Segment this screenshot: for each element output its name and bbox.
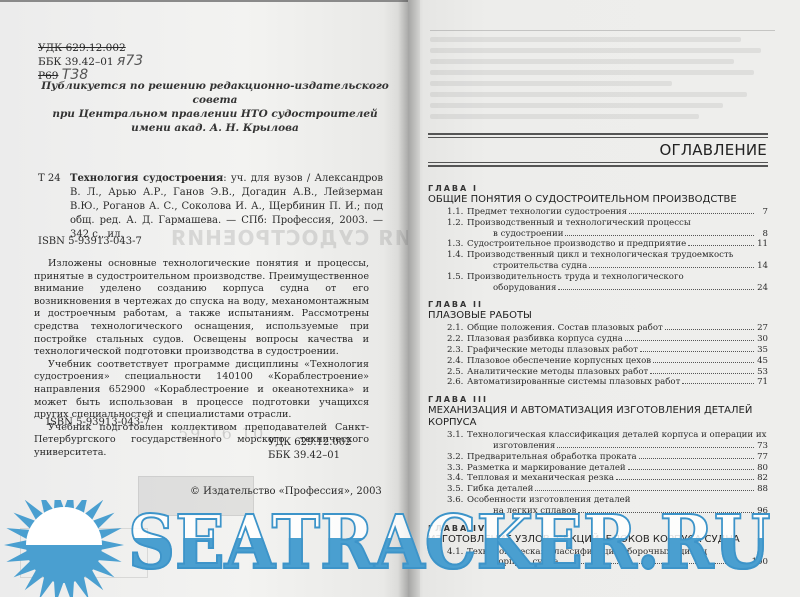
toc-chapter: ГЛАВА IIIМЕХАНИЗАЦИЯ И АВТОМАТИЗАЦИЯ ИЗГ… (428, 395, 768, 516)
toc-entry[interactable]: 2.3.Графические методы плазовых работ35 (428, 345, 768, 356)
toc-entry[interactable]: 1.3.Судостроительное производство и пред… (428, 239, 768, 250)
section-title: Разметка и маркирование деталей (467, 463, 626, 474)
chapter-title: МЕХАНИЗАЦИЯ И АВТОМАТИЗАЦИЯ ИЗГОТОВЛЕНИЯ… (428, 405, 768, 429)
chapter-label: ГЛАВА II (428, 300, 768, 310)
section-number: 1.1. (447, 207, 467, 218)
chapter-label: ГЛАВА III (428, 395, 768, 405)
section-title: Автоматизированные системы плазовых рабо… (467, 377, 680, 388)
section-number: 4.1. (447, 547, 467, 569)
toc-entry[interactable]: 3.4.Тепловая и механическая резка82 (428, 473, 768, 484)
book-spread: УДК 629.12.002 ББК 39.42–01 я73 Р69 Т38 … (0, 0, 800, 597)
section-title: оборудования (467, 283, 556, 294)
leader-dots (653, 362, 754, 363)
leader-dots (535, 490, 754, 491)
toc-entry[interactable]: 3.1.Технологическая классификация детале… (428, 430, 768, 452)
page-number: 24 (756, 283, 768, 294)
section-title: Плазовая разбивка корпуса судна (467, 334, 623, 345)
section-title: изготовления (467, 441, 555, 452)
leader-dots (565, 235, 754, 236)
leader-dots (650, 373, 754, 374)
section-number: 3.1. (447, 430, 467, 452)
toc-chapter: ГЛАВА IVИЗГОТОВЛЕНИЕ УЗЛОВ, СЕКЦИЙ, БЛОК… (428, 524, 768, 569)
toc-entry[interactable]: 2.6.Автоматизированные системы плазовых … (428, 377, 768, 388)
toc-chapter: ГЛАВА IIПЛАЗОВЫЕ РАБОТЫ2.1.Общие положен… (428, 300, 768, 388)
toc-entry[interactable]: 3.2.Предварительная обработка проката77 (428, 452, 768, 463)
page-number: 73 (756, 441, 768, 452)
toc-entry[interactable]: 2.5.Аналитические методы плазовых работ5… (428, 367, 768, 378)
section-number: 3.3. (447, 463, 467, 474)
toc-entry[interactable]: 4.1.Технологическая классификация сбороч… (428, 547, 768, 569)
leader-dots (558, 289, 754, 290)
heading-rule-top-thin (428, 137, 768, 138)
section-title: Судостроительное производство и предприя… (467, 239, 686, 250)
page-number: 53 (756, 367, 768, 378)
section-title: на легких сплавов (467, 506, 576, 517)
heading-rule-bottom-thin (428, 162, 768, 163)
section-title: в судостроении (467, 229, 563, 240)
toc-entry[interactable]: 1.5.Производительность труда и технологи… (428, 272, 768, 294)
catalog-code: Т 24 (38, 172, 61, 186)
page-number: 77 (756, 452, 768, 463)
toc-entry[interactable]: 3.3.Разметка и маркирование деталей80 (428, 463, 768, 474)
section-title: Общие положения. Состав плазовых работ (467, 323, 663, 334)
page-number: 14 (756, 261, 768, 272)
section-number: 2.1. (447, 323, 467, 334)
isbn-top: ISBN 5-93913-043-7 (38, 236, 142, 247)
section-title: Аналитические методы плазовых работ (467, 367, 648, 378)
section-number: 1.4. (447, 250, 467, 272)
page-number: 11 (756, 239, 768, 250)
leader-dots (589, 267, 754, 268)
leader-dots (578, 512, 754, 513)
chapter-title: ИЗГОТОВЛЕНИЕ УЗЛОВ, СЕКЦИЙ, БЛОКОВ КОРПУ… (428, 534, 768, 546)
toc-entry[interactable]: 3.5.Гибка деталей88 (428, 484, 768, 495)
chapter-title: ОБЩИЕ ПОНЯТИЯ О СУДОСТРОИТЕЛЬНОМ ПРОИЗВО… (428, 194, 768, 206)
section-number: 1.2. (447, 218, 467, 240)
section-number: 2.3. (447, 345, 467, 356)
page-number: 35 (756, 345, 768, 356)
section-title: Производственный цикл и технологическая … (467, 250, 733, 261)
toc-entry[interactable]: 2.2.Плазовая разбивка корпуса судна30 (428, 334, 768, 345)
publication-note: Публикуется по решению редакционно-издат… (40, 79, 390, 135)
handwritten-bbk-note: я73 (117, 53, 143, 69)
section-number: 2.2. (447, 334, 467, 345)
page-number: 71 (756, 377, 768, 388)
udk-bottom-block: УДК 629.12.002 ББК 39.42–01 (268, 436, 352, 462)
bleed-through-box (20, 528, 148, 578)
abstract-paragraph: Изложены основные технологические поняти… (34, 258, 369, 359)
section-title: Технологическая классификация деталей ко… (467, 430, 766, 441)
leader-dots (639, 458, 754, 459)
leader-dots (682, 383, 754, 384)
chapter-title: ПЛАЗОВЫЕ РАБОТЫ (428, 310, 768, 322)
copyright: © Издательство «Профессия», 2003 (190, 486, 382, 497)
section-title: Плазовое обеспечение корпусных цехов (467, 356, 651, 367)
section-title: Предмет технологии судостроения (467, 207, 627, 218)
toc-entry[interactable]: 1.1.Предмет технологии судостроения7 (428, 207, 768, 218)
page-number: 100 (752, 557, 768, 568)
toc-entry[interactable]: 2.4.Плазовое обеспечение корпусных цехов… (428, 356, 768, 367)
section-number: 2.6. (447, 377, 467, 388)
section-title: Особенности изготовления деталей (467, 495, 631, 506)
section-title: Предварительная обработка проката (467, 452, 637, 463)
book-spine (398, 0, 420, 597)
chapter-label: ГЛАВА I (428, 184, 768, 194)
page-number: 8 (756, 229, 768, 240)
page-number: 30 (756, 334, 768, 345)
contents-heading: ОГЛАВЛЕНИЕ (428, 141, 767, 159)
section-number: 3.6. (447, 495, 467, 517)
section-number: 2.4. (447, 356, 467, 367)
page-number: 82 (756, 473, 768, 484)
chapter-label: ГЛАВА IV (428, 524, 768, 534)
leader-dots (561, 563, 750, 564)
classification-block: УДК 629.12.002 ББК 39.42–01 я73 Р69 Т38 (38, 42, 143, 83)
section-number: 1.3. (447, 239, 467, 250)
section-number: 3.5. (447, 484, 467, 495)
section-title: Производственный и технологический проце… (467, 218, 691, 229)
toc-entry[interactable]: 3.6.Особенности изготовления деталейна л… (428, 495, 768, 517)
book-title: Технология судостроения (70, 173, 223, 184)
leader-dots (625, 340, 754, 341)
leader-dots (688, 245, 754, 246)
section-title: Графические методы плазовых работ (467, 345, 638, 356)
leader-dots (665, 329, 754, 330)
section-number: 2.5. (447, 367, 467, 378)
page-number: 88 (756, 484, 768, 495)
table-of-contents: ГЛАВА IОБЩИЕ ПОНЯТИЯ О СУДОСТРОИТЕЛЬНОМ … (428, 184, 768, 575)
page-number: 7 (756, 207, 768, 218)
inventory-stamp: 59 16 10 (178, 424, 265, 443)
udk-code: УДК 629.12.002 (38, 42, 126, 54)
page-number: 27 (756, 323, 768, 334)
heading-rule-top (428, 133, 768, 135)
leader-dots (628, 469, 754, 470)
section-title: Производительность труда и технологическ… (467, 272, 684, 283)
leader-dots (629, 213, 754, 214)
page-number: 80 (756, 463, 768, 474)
page-number: 45 (756, 356, 768, 367)
section-number: 3.4. (447, 473, 467, 484)
section-title: корпуса судна (467, 557, 559, 568)
leader-dots (616, 479, 754, 480)
toc-entry[interactable]: 1.2.Производственный и технологический п… (428, 218, 768, 240)
toc-entry[interactable]: 1.4.Производственный цикл и технологичес… (428, 250, 768, 272)
abstract-paragraph: Учебник соответствует программе дисципли… (34, 359, 369, 422)
page-number: 96 (756, 506, 768, 517)
section-title: строительства судна (467, 261, 587, 272)
section-number: 3.2. (447, 452, 467, 463)
toc-entry[interactable]: 2.1.Общие положения. Состав плазовых раб… (428, 323, 768, 334)
section-title: Тепловая и механическая резка (467, 473, 614, 484)
toc-chapter: ГЛАВА IОБЩИЕ ПОНЯТИЯ О СУДОСТРОИТЕЛЬНОМ … (428, 184, 768, 293)
isbn-bottom: ISBN 5-93913-043-7 (46, 417, 150, 428)
bleed-through-text (430, 20, 775, 130)
section-title: Гибка деталей (467, 484, 533, 495)
leader-dots (640, 351, 754, 352)
heading-rule-bottom (428, 165, 768, 167)
leader-dots (557, 447, 754, 448)
section-title: Технологическая классификация сборочных … (467, 547, 707, 558)
section-number: 1.5. (447, 272, 467, 294)
